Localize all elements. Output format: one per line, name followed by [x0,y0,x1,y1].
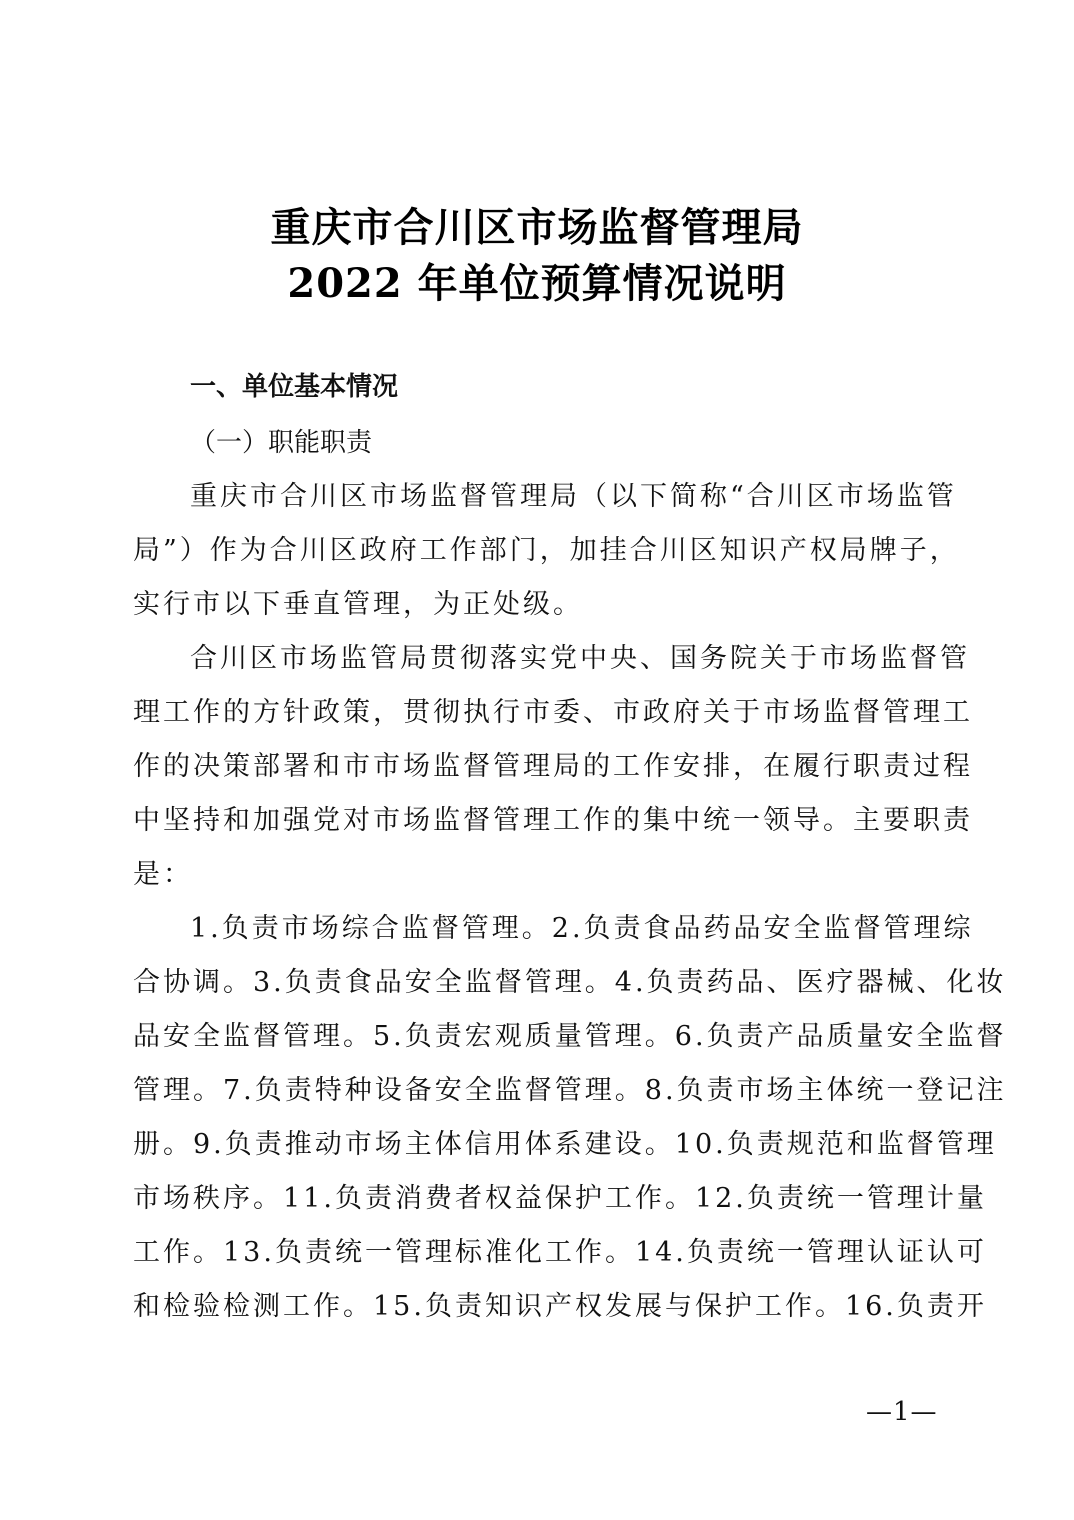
paragraph-line: 工作。13.负责统一管理标准化工作。14.负责统一管理认证认可 [133,1226,945,1280]
document-title-line1: 重庆市合川区市场监督管理局 [0,196,1074,253]
paragraph-line: 品安全监督管理。5.负责宏观质量管理。6.负责产品质量安全监督 [133,1010,945,1064]
section-heading: 一、单位基本情况 [190,366,398,403]
document-title-line2: 2022 年单位预算情况说明 [0,252,1074,309]
paragraph-line: 册。9.负责推动市场主体信用体系建设。10.负责规范和监督管理 [133,1118,945,1172]
paragraph-line: 作的决策部署和市市场监督管理局的工作安排，在履行职责过程 [133,740,945,794]
paragraph-line: 中坚持和加强党对市场监督管理工作的集中统一领导。主要职责 [133,794,945,848]
paragraph-line: 合川区市场监管局贯彻落实党中央、国务院关于市场监督管 [133,632,945,686]
subsection-heading: （一）职能职责 [190,422,372,459]
paragraph-line: 实行市以下垂直管理，为正处级。 [133,578,945,632]
paragraph-line: 局”）作为合川区政府工作部门，加挂合川区知识产权局牌子， [133,524,945,578]
page-number: —1— [866,1397,938,1427]
document-page: 重庆市合川区市场监督管理局 2022 年单位预算情况说明 一、单位基本情况 （一… [0,0,1074,1520]
paragraph-responsibilities-list: 1.负责市场综合监督管理。2.负责食品药品安全监督管理综 合协调。3.负责食品安… [133,902,945,1334]
paragraph-line: 市场秩序。11.负责消费者权益保护工作。12.负责统一管理计量 [133,1172,945,1226]
paragraph-line: 1.负责市场综合监督管理。2.负责食品药品安全监督管理综 [133,902,945,956]
paragraph-responsibilities-intro: 合川区市场监管局贯彻落实党中央、国务院关于市场监督管 理工作的方针政策，贯彻执行… [133,632,945,902]
paragraph-line: 理工作的方针政策，贯彻执行市委、市政府关于市场监督管理工 [133,686,945,740]
paragraph-line: 合协调。3.负责食品安全监督管理。4.负责药品、医疗器械、化妆 [133,956,945,1010]
paragraph-line: 管理。7.负责特种设备安全监督管理。8.负责市场主体统一登记注 [133,1064,945,1118]
paragraph-organization-intro: 重庆市合川区市场监督管理局（以下简称“合川区市场监管 局”）作为合川区政府工作部… [133,470,945,632]
paragraph-line: 重庆市合川区市场监督管理局（以下简称“合川区市场监管 [133,470,945,524]
paragraph-line: 和检验检测工作。15.负责知识产权发展与保护工作。16.负责开 [133,1280,945,1334]
paragraph-line: 是： [133,848,945,902]
